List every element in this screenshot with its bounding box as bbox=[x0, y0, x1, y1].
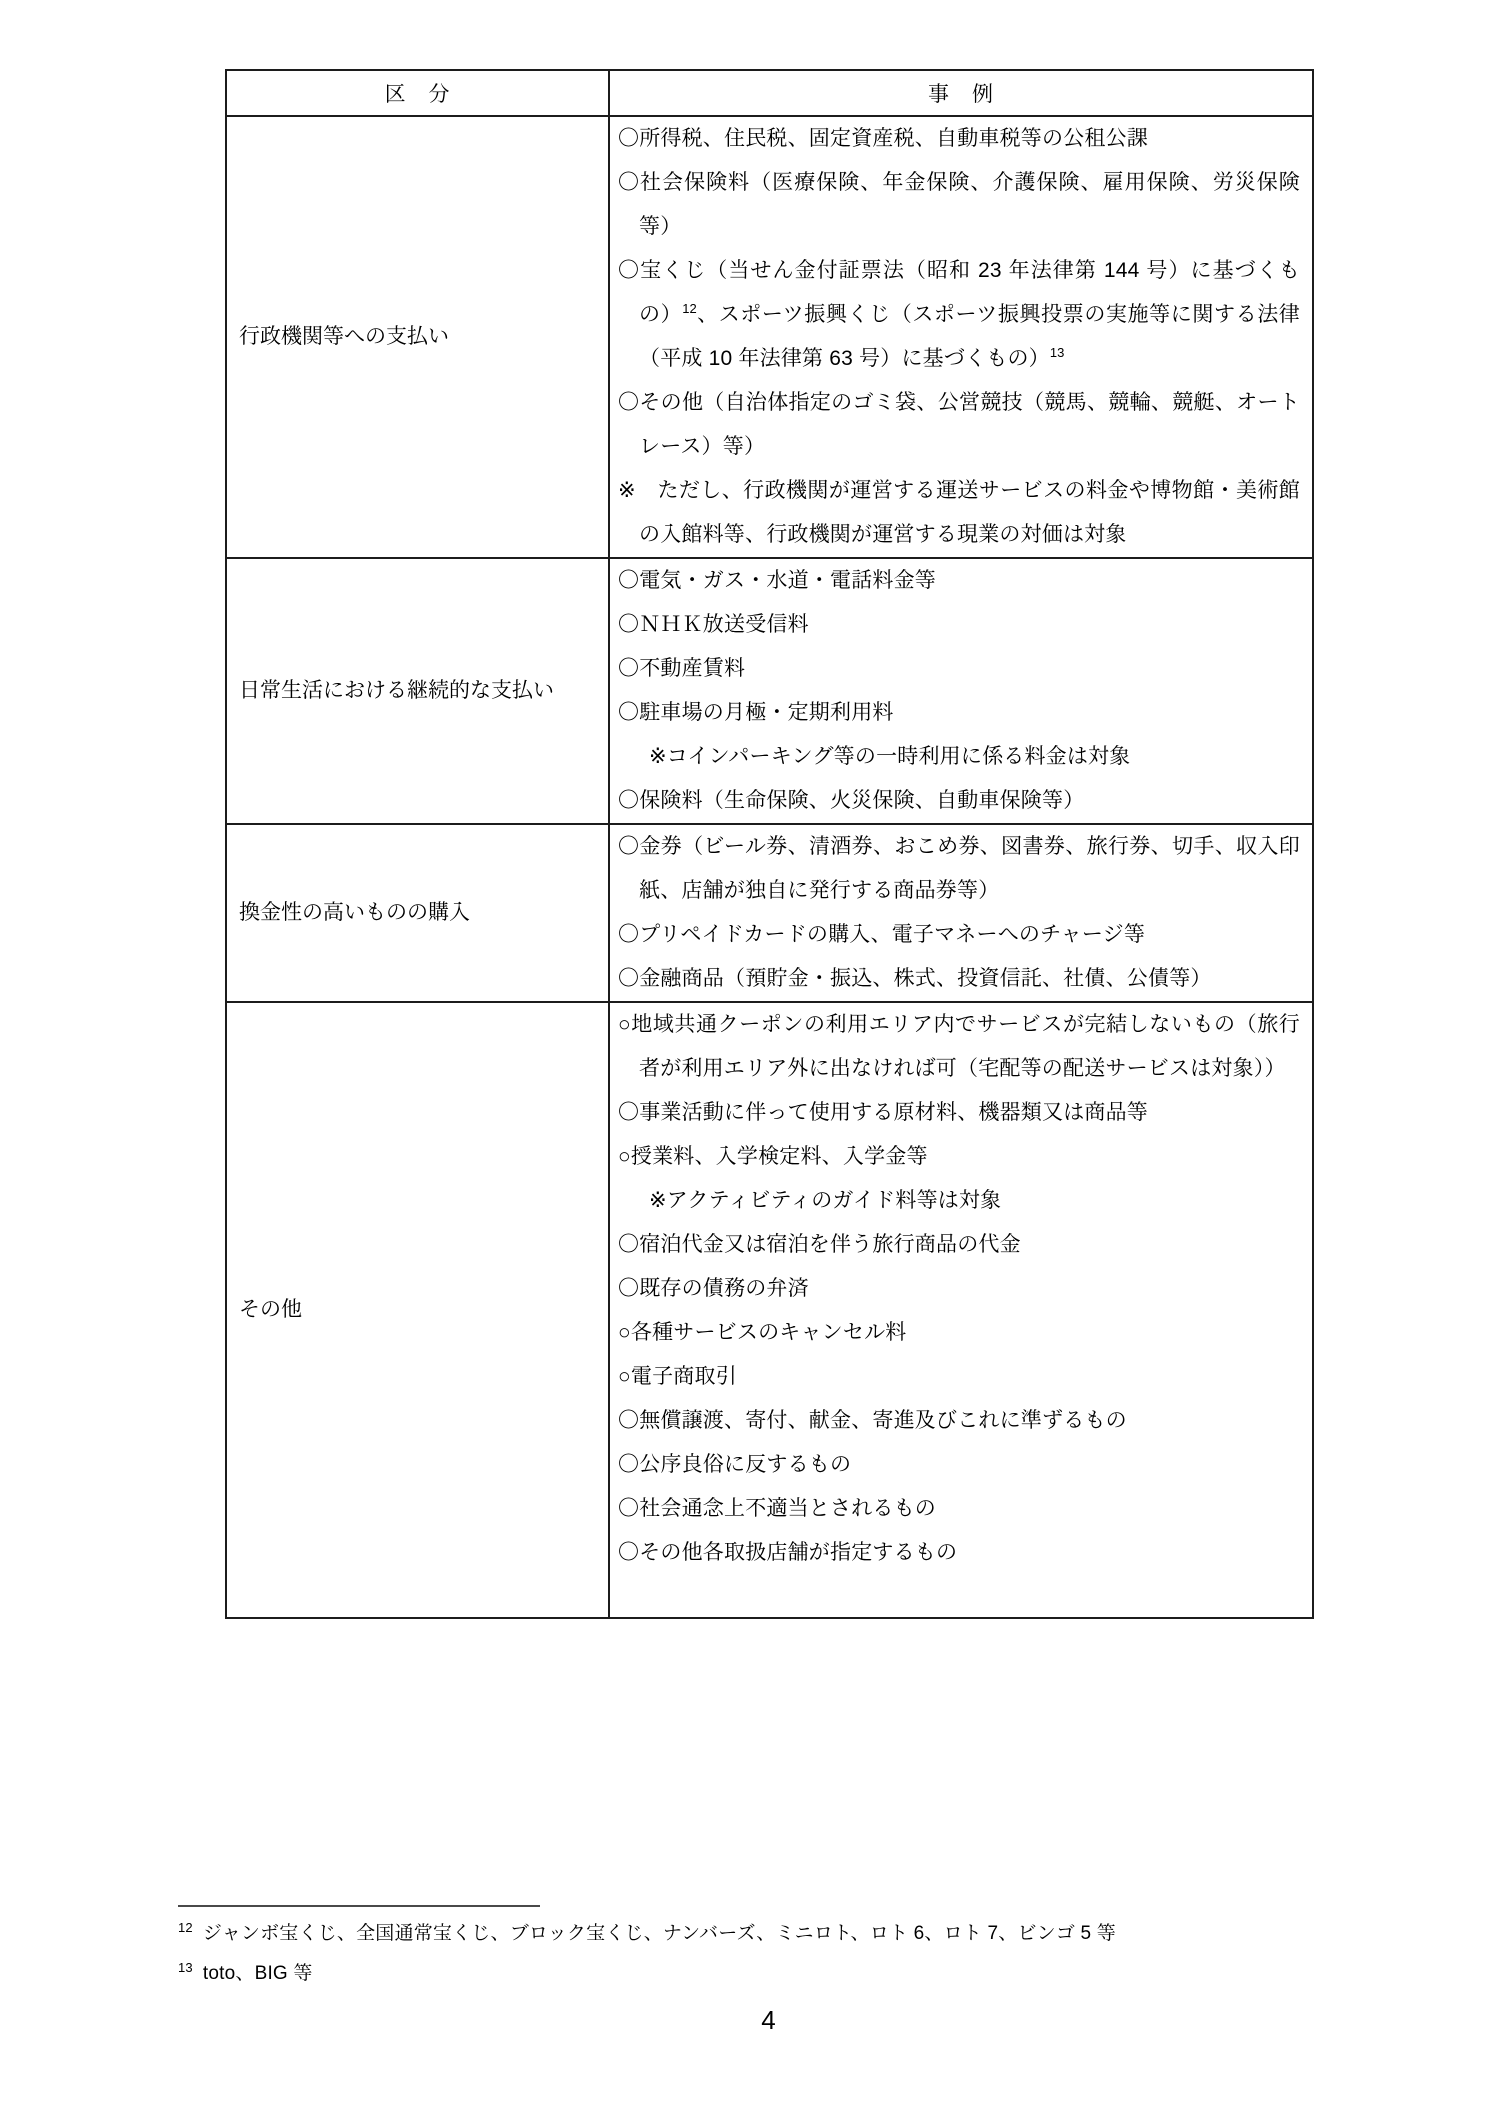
example-text: 〇既存の債務の弁済 bbox=[618, 1277, 809, 1300]
footnote-number: 13 bbox=[178, 1960, 193, 1975]
header-example: 事 例 bbox=[609, 70, 1313, 116]
examples-cell: 〇所得税、住民税、固定資産税、自動車税等の公租公課〇社会保険料（医療保険、年金保… bbox=[609, 116, 1313, 558]
footnote-reference: 12 bbox=[682, 301, 696, 316]
example-text: ○各種サービスのキャンセル料 bbox=[618, 1321, 906, 1344]
footnote-number: 12 bbox=[178, 1920, 193, 1935]
example-item: ○各種サービスのキャンセル料 bbox=[618, 1311, 1300, 1355]
example-item: 〇保険料（生命保険、火災保険、自動車保険等） bbox=[618, 779, 1300, 823]
example-text: 〇事業活動に伴って使用する原材料、機器類又は商品等 bbox=[618, 1101, 1148, 1124]
table-header-row: 区 分 事 例 bbox=[226, 70, 1313, 116]
example-item: ○授業料、入学検定料、入学金等 bbox=[618, 1135, 1300, 1179]
example-item: 〇その他（自治体指定のゴミ袋、公営競技（競馬、競輪、競艇、オートレース）等） bbox=[618, 381, 1300, 469]
footnote-12: 12ジャンボ宝くじ、全国通常宝くじ、ブロック宝くじ、ナンバーズ、ミニロト、ロト … bbox=[178, 1914, 1338, 1954]
example-text: 〇金融商品（預貯金・振込、株式、投資信託、社債、公債等） bbox=[618, 967, 1212, 990]
example-text: 〇ＮＨＫ放送受信料 bbox=[618, 613, 809, 636]
example-text: 〇その他各取扱店舗が指定するもの bbox=[618, 1541, 957, 1564]
example-text: 〇プリペイドカードの購入、電子マネーへのチャージ等 bbox=[618, 923, 1145, 946]
category-example-table: 区 分 事 例 行政機関等への支払い〇所得税、住民税、固定資産税、自動車税等の公… bbox=[225, 69, 1314, 1619]
table-row: 行政機関等への支払い〇所得税、住民税、固定資産税、自動車税等の公租公課〇社会保険… bbox=[226, 116, 1313, 558]
example-text: 〇所得税、住民税、固定資産税、自動車税等の公租公課 bbox=[618, 127, 1148, 150]
example-text: 〇不動産賃料 bbox=[618, 657, 745, 680]
example-item: ※アクティビティのガイド料等は対象 bbox=[618, 1179, 1300, 1223]
example-text: ※ ただし、行政機関が運営する運送サービスの料金や博物館・美術館の入館料等、行政… bbox=[618, 479, 1300, 546]
example-item: 〇公序良俗に反するもの bbox=[618, 1443, 1300, 1487]
example-text: 〇公序良俗に反するもの bbox=[618, 1453, 851, 1476]
example-item: 〇社会保険料（医療保険、年金保険、介護保険、雇用保険、労災保険等） bbox=[618, 161, 1300, 249]
category-cell: その他 bbox=[226, 1002, 609, 1618]
example-text: 〇電気・ガス・水道・電話料金等 bbox=[618, 569, 936, 592]
example-text: 〇社会通念上不適当とされるもの bbox=[618, 1497, 936, 1520]
example-text: ※アクティビティのガイド料等は対象 bbox=[649, 1189, 1001, 1212]
example-item: 〇電気・ガス・水道・電話料金等 bbox=[618, 559, 1300, 603]
example-text: 〇金券（ビール券、清酒券、おこめ券、図書券、旅行券、切手、収入印紙、店舗が独自に… bbox=[618, 835, 1300, 902]
footnote-reference: 13 bbox=[1050, 345, 1064, 360]
example-text: 〇保険料（生命保険、火災保険、自動車保険等） bbox=[618, 789, 1084, 812]
example-item: 〇金融商品（預貯金・振込、株式、投資信託、社債、公債等） bbox=[618, 957, 1300, 1001]
example-item: 〇所得税、住民税、固定資産税、自動車税等の公租公課 bbox=[618, 117, 1300, 161]
example-item: 〇事業活動に伴って使用する原材料、機器類又は商品等 bbox=[618, 1091, 1300, 1135]
category-cell: 日常生活における継続的な支払い bbox=[226, 558, 609, 824]
footnote-text: toto、BIG 等 bbox=[203, 1963, 313, 1984]
page-number: 4 bbox=[225, 2005, 1312, 2036]
examples-cell: 〇金券（ビール券、清酒券、おこめ券、図書券、旅行券、切手、収入印紙、店舗が独自に… bbox=[609, 824, 1313, 1002]
category-cell: 行政機関等への支払い bbox=[226, 116, 609, 558]
example-item: 〇宝くじ（当せん金付証票法（昭和 23 年法律第 144 号）に基づくもの）12… bbox=[618, 249, 1300, 381]
example-text: ○地域共通クーポンの利用エリア内でサービスが完結しないもの（旅行者が利用エリア外… bbox=[618, 1013, 1300, 1080]
footnote-text: ジャンボ宝くじ、全国通常宝くじ、ブロック宝くじ、ナンバーズ、ミニロト、ロト 6、… bbox=[203, 1923, 1116, 1944]
example-text: 〇宿泊代金又は宿泊を伴う旅行商品の代金 bbox=[618, 1233, 1021, 1256]
footnote-13: 13toto、BIG 等 bbox=[178, 1954, 1338, 1994]
example-item: ※ ただし、行政機関が運営する運送サービスの料金や博物館・美術館の入館料等、行政… bbox=[618, 469, 1300, 557]
document-page: { "table": { "headers": { "category": "区… bbox=[0, 0, 1488, 2104]
example-text: ○電子商取引 bbox=[618, 1365, 737, 1388]
footnote-separator bbox=[178, 1905, 540, 1907]
example-item: ○地域共通クーポンの利用エリア内でサービスが完結しないもの（旅行者が利用エリア外… bbox=[618, 1003, 1300, 1091]
example-item: 〇宿泊代金又は宿泊を伴う旅行商品の代金 bbox=[618, 1223, 1300, 1267]
example-text: ○授業料、入学検定料、入学金等 bbox=[618, 1145, 928, 1168]
example-text: 〇無償譲渡、寄付、献金、寄進及びこれに準ずるもの bbox=[618, 1409, 1127, 1432]
category-cell: 換金性の高いものの購入 bbox=[226, 824, 609, 1002]
example-text: 、スポーツ振興くじ（スポーツ振興投票の実施等に関する法律（平成 10 年法律第 … bbox=[639, 303, 1300, 370]
example-item: ※コインパーキング等の一時利用に係る料金は対象 bbox=[618, 735, 1300, 779]
example-text: 〇その他（自治体指定のゴミ袋、公営競技（競馬、競輪、競艇、オートレース）等） bbox=[618, 391, 1300, 458]
example-item: 〇不動産賃料 bbox=[618, 647, 1300, 691]
example-item: 〇金券（ビール券、清酒券、おこめ券、図書券、旅行券、切手、収入印紙、店舗が独自に… bbox=[618, 825, 1300, 913]
example-text: 〇駐車場の月極・定期利用料 bbox=[618, 701, 894, 724]
example-text: ※コインパーキング等の一時利用に係る料金は対象 bbox=[649, 745, 1130, 768]
example-item: 〇ＮＨＫ放送受信料 bbox=[618, 603, 1300, 647]
example-item: ○電子商取引 bbox=[618, 1355, 1300, 1399]
example-item: 〇無償譲渡、寄付、献金、寄進及びこれに準ずるもの bbox=[618, 1399, 1300, 1443]
example-text: 〇社会保険料（医療保険、年金保険、介護保険、雇用保険、労災保険等） bbox=[618, 171, 1300, 238]
table-row: その他○地域共通クーポンの利用エリア内でサービスが完結しないもの（旅行者が利用エ… bbox=[226, 1002, 1313, 1618]
table-row: 日常生活における継続的な支払い〇電気・ガス・水道・電話料金等〇ＮＨＫ放送受信料〇… bbox=[226, 558, 1313, 824]
example-item: 〇既存の債務の弁済 bbox=[618, 1267, 1300, 1311]
example-item: 〇プリペイドカードの購入、電子マネーへのチャージ等 bbox=[618, 913, 1300, 957]
table-row: 換金性の高いものの購入〇金券（ビール券、清酒券、おこめ券、図書券、旅行券、切手、… bbox=[226, 824, 1313, 1002]
example-item: 〇社会通念上不適当とされるもの bbox=[618, 1487, 1300, 1531]
footnotes: 12ジャンボ宝くじ、全国通常宝くじ、ブロック宝くじ、ナンバーズ、ミニロト、ロト … bbox=[178, 1914, 1338, 1994]
example-item: 〇駐車場の月極・定期利用料 bbox=[618, 691, 1300, 735]
examples-cell: ○地域共通クーポンの利用エリア内でサービスが完結しないもの（旅行者が利用エリア外… bbox=[609, 1002, 1313, 1618]
header-category: 区 分 bbox=[226, 70, 609, 116]
example-item: 〇その他各取扱店舗が指定するもの bbox=[618, 1531, 1300, 1575]
examples-cell: 〇電気・ガス・水道・電話料金等〇ＮＨＫ放送受信料〇不動産賃料〇駐車場の月極・定期… bbox=[609, 558, 1313, 824]
